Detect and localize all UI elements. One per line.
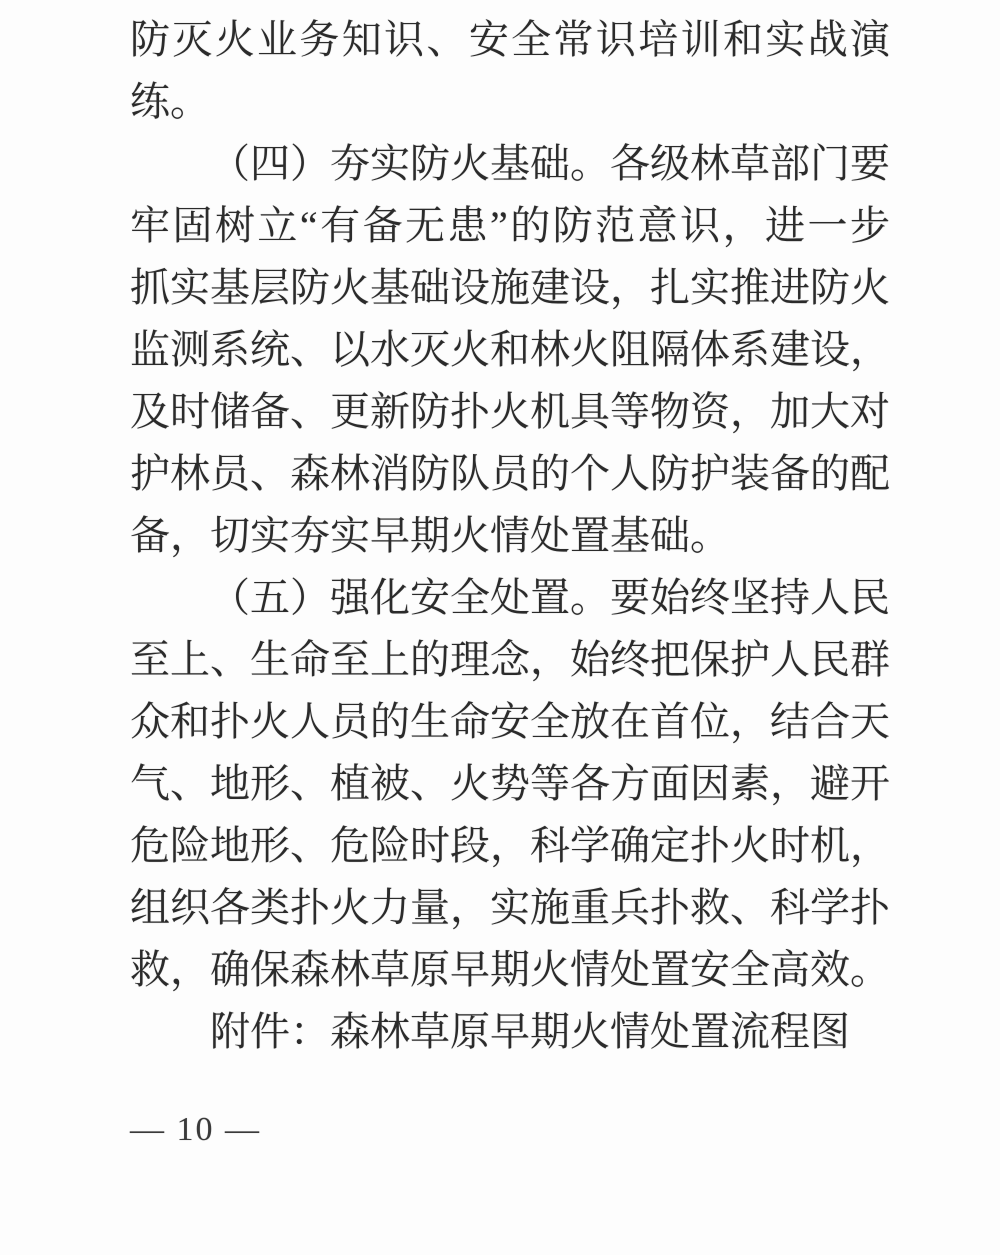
body-line: 护林员、森林消防队员的个人防护装备的配 <box>130 443 890 505</box>
body-line: 众和扑火人员的生命安全放在首位，结合天 <box>130 691 890 753</box>
body-line: 监测系统、以水灭火和林火阻隔体系建设， <box>130 319 890 381</box>
body-line: 气、地形、植被、火势等各方面因素，避开 <box>130 753 890 815</box>
section-heading-line: （四）夯实防火基础。各级林草部门要 <box>130 133 890 195</box>
body-line: 及时储备、更新防扑火机具等物资，加大对 <box>130 381 890 443</box>
body-line: 牢固树立“有备无患”的防范意识，进一步 <box>130 195 890 257</box>
attachment-line: 附件：森林草原早期火情处置流程图 <box>130 1001 890 1063</box>
body-line: 危险地形、危险时段，科学确定扑火时机， <box>130 815 890 877</box>
section-heading-line: （五）强化安全处置。要始终坚持人民 <box>130 567 890 629</box>
body-line: 组织各类扑火力量，实施重兵扑救、科学扑 <box>130 877 890 939</box>
document-body: 防灭火业务知识、安全常识培训和实战演 练。 （四）夯实防火基础。各级林草部门要 … <box>130 9 890 1063</box>
page-number: — 10 — <box>130 1109 890 1151</box>
body-line: 备，切实夯实早期火情处置基础。 <box>130 505 890 567</box>
body-line: 抓实基层防火基础设施建设，扎实推进防火 <box>130 257 890 319</box>
body-line: 至上、生命至上的理念，始终把保护人民群 <box>130 629 890 691</box>
body-line: 救，确保森林草原早期火情处置安全高效。 <box>130 939 890 1001</box>
body-line: 防灭火业务知识、安全常识培训和实战演 <box>130 9 890 71</box>
body-line: 练。 <box>130 71 890 133</box>
document-page: 防灭火业务知识、安全常识培训和实战演 练。 （四）夯实防火基础。各级林草部门要 … <box>0 0 1000 1255</box>
